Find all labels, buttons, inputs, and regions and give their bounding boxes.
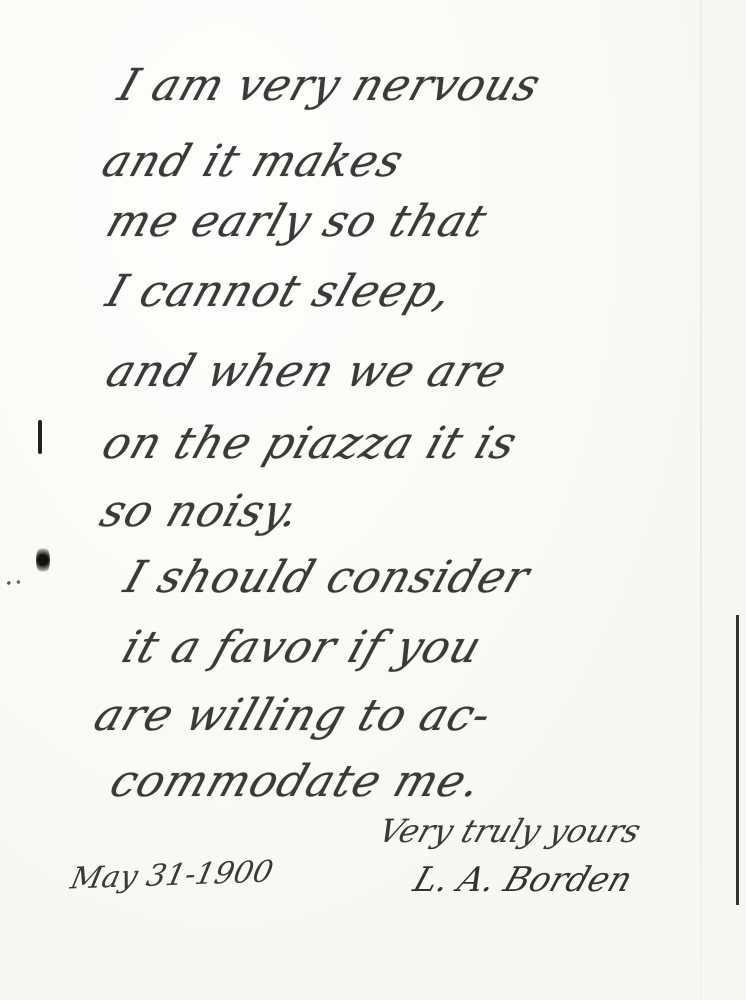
letter-line: are willing to ac- <box>88 690 498 741</box>
letter-line: commodate me. <box>104 756 488 807</box>
letter-date: May 31-1900 <box>67 855 276 897</box>
letter-line: I am very nervous <box>112 60 547 111</box>
letter-line: I should consider <box>118 552 536 603</box>
ink-blot <box>36 545 50 575</box>
paper-fold <box>700 0 702 1000</box>
letter-line: I cannot sleep, <box>100 266 460 317</box>
letter-line: it a favor if you <box>116 622 488 673</box>
margin-mark <box>38 420 42 454</box>
ink-specks <box>4 578 28 588</box>
letter-line: so noisy. <box>94 486 307 537</box>
letter-line: on the piazza it is <box>96 418 524 469</box>
letter-line: and when we are <box>100 346 514 397</box>
letter-signature: L. A. Borden <box>409 860 638 900</box>
letter-line: me early so that <box>100 196 494 247</box>
letter-closing: Very truly yours <box>374 812 646 850</box>
letter-line: and it makes <box>96 136 410 187</box>
edge-line <box>736 615 739 905</box>
